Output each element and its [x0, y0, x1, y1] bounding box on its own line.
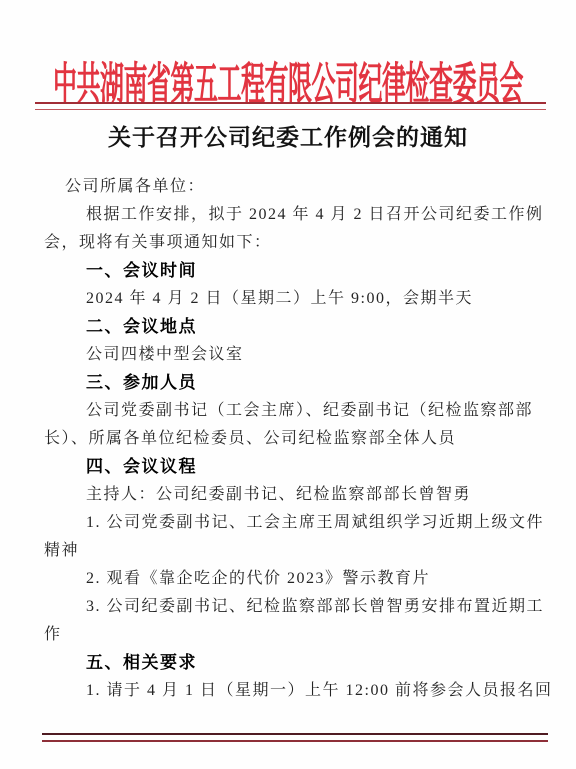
body-line: 主持人：公司纪委副书记、纪检监察部部长曾智勇	[44, 481, 544, 509]
body-line: 1. 公司党委副书记、工会主席王周斌组织学习近期上级文件	[44, 509, 544, 537]
body-line: 作	[44, 621, 544, 649]
body-line: 精神	[44, 537, 544, 565]
body-line: 长）、所属各单位纪检委员、公司纪检监察部全体人员	[44, 425, 544, 453]
body-line: 公司四楼中型会议室	[44, 341, 544, 369]
body-line: 1. 请于 4 月 1 日（星期一）上午 12:00 前将参会人员报名回	[44, 677, 544, 705]
body-line: 2024 年 4 月 2 日（星期二）上午 9:00，会期半天	[44, 285, 544, 313]
body-line-heading: 四、会议议程	[44, 453, 544, 481]
body-line: 2. 观看《靠企吃企的代价 2023》警示教育片	[44, 565, 544, 593]
body-content: 公司所属各单位：根据工作安排，拟于 2024 年 4 月 2 日召开公司纪委工作…	[44, 173, 544, 705]
body-line: 会，现将有关事项通知如下：	[44, 229, 544, 257]
body-line-heading: 一、会议时间	[44, 257, 544, 285]
body-line-heading: 五、相关要求	[44, 649, 544, 677]
header-double-rule	[35, 102, 546, 110]
body-line: 公司所属各单位：	[44, 173, 544, 201]
body-line: 公司党委副书记（工会主席）、纪委副书记（纪检监察部部	[44, 397, 544, 425]
body-line: 根据工作安排，拟于 2024 年 4 月 2 日召开公司纪委工作例	[44, 201, 544, 229]
footer-double-rule	[42, 733, 548, 742]
body-line-heading: 三、参加人员	[44, 369, 544, 397]
body-line: 3. 公司纪委副书记、纪检监察部部长曾智勇安排布置近期工	[44, 593, 544, 621]
document-page: 中共湖南省第五工程有限公司纪律检查委员会 关于召开公司纪委工作例会的通知 公司所…	[0, 0, 576, 769]
body-line-heading: 二、会议地点	[44, 313, 544, 341]
notice-title: 关于召开公司纪委工作例会的通知	[0, 119, 576, 152]
